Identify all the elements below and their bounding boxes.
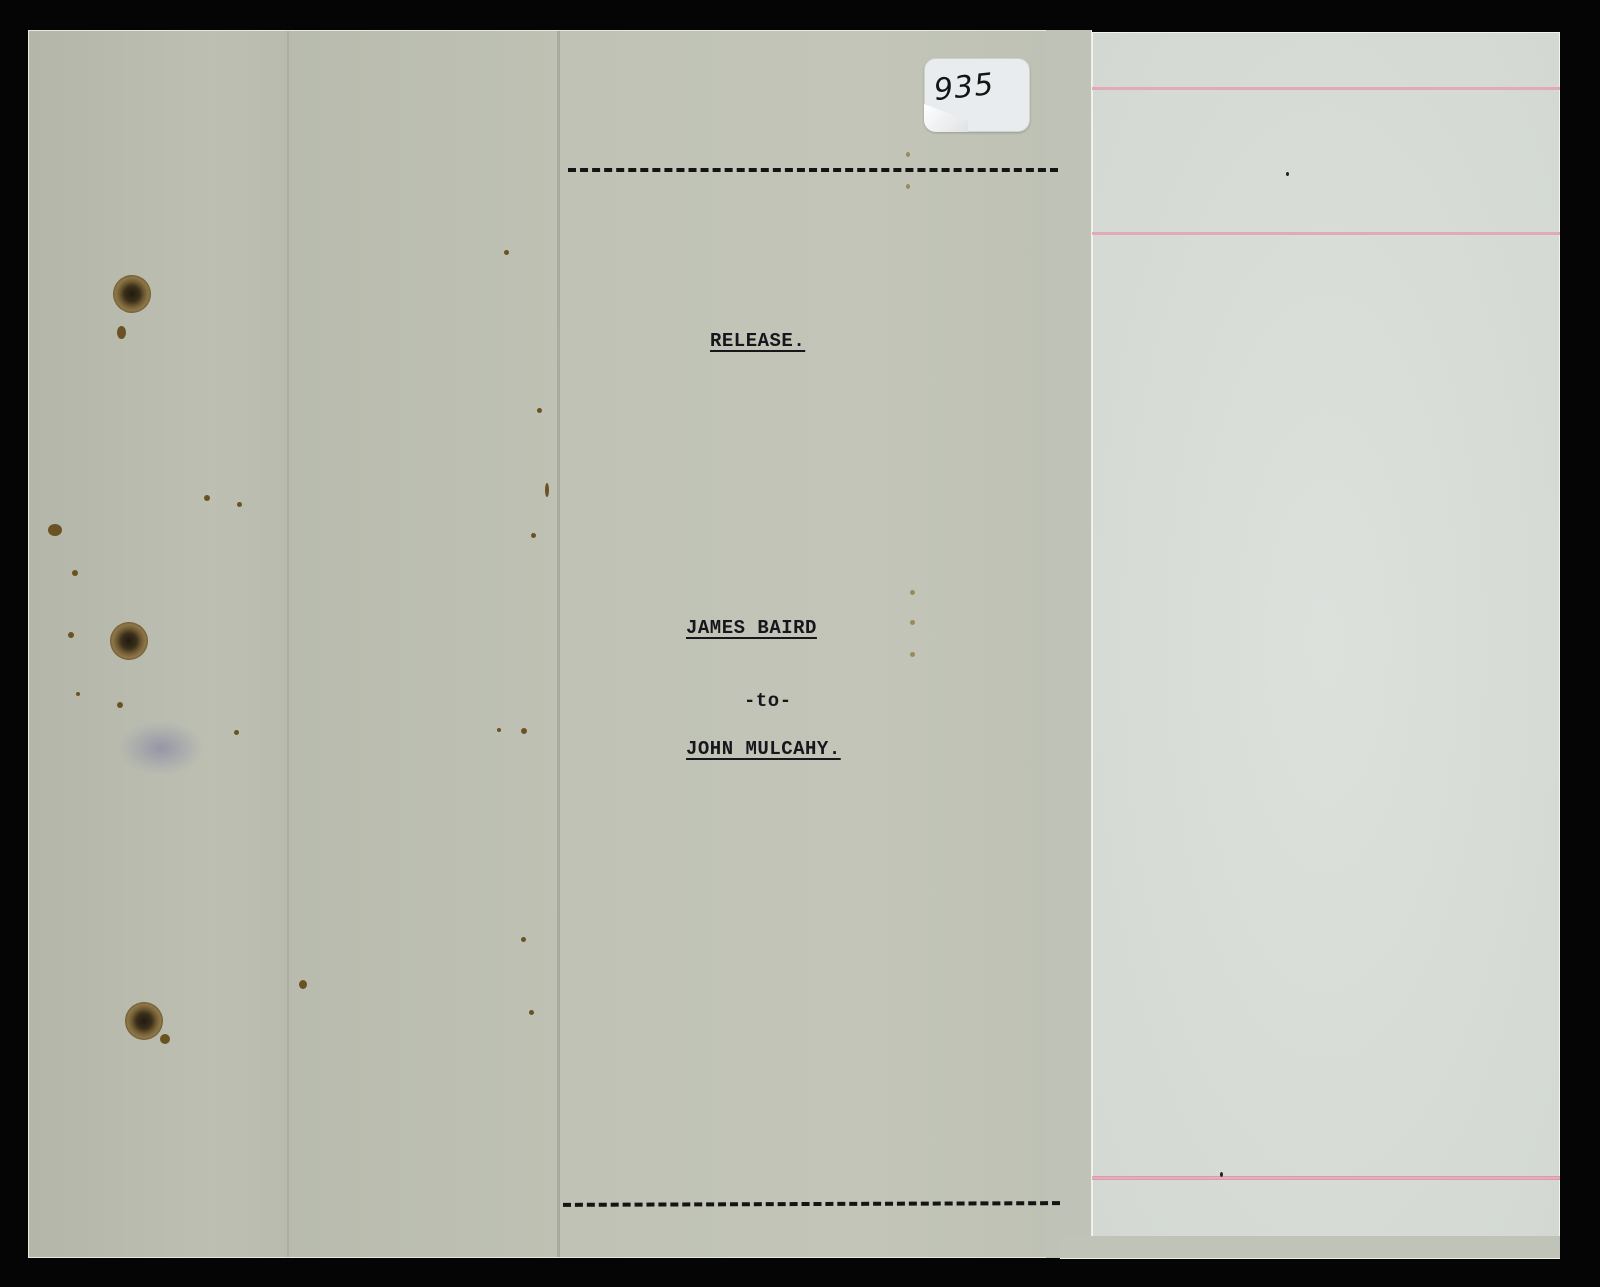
punch-hole-icon [110,622,148,660]
document-sheet [28,30,1060,1258]
rust-speck [160,1034,170,1044]
rust-speck [529,1010,534,1015]
rust-speck [521,728,527,734]
pink-margin-rule [1092,232,1560,235]
rust-speck [68,632,74,638]
ink-dot [1220,1172,1223,1177]
endorsement-panel [560,31,1059,1257]
rust-speck [497,728,501,732]
rust-speck [910,620,915,625]
punch-hole-icon [113,275,151,313]
rust-speck [204,495,210,501]
rust-speck [117,702,123,708]
dashed-rule-top [568,168,1058,172]
rust-speck [521,937,526,942]
rust-speck [906,152,910,157]
rust-speck [237,502,242,507]
reference-number: 935 [932,67,996,108]
ruled-page-bottom-edge [1060,1236,1560,1259]
ruled-page [1092,32,1560,1254]
ink-smudge [120,722,202,774]
rust-speck [299,980,307,989]
ink-dot [1286,172,1289,176]
rust-speck [910,652,915,657]
rust-speck [537,408,542,413]
rust-speck [234,730,239,735]
pink-margin-rule-double [1092,1176,1560,1180]
document-title: RELEASE. [710,330,805,352]
rust-speck [545,483,549,497]
rust-speck [76,692,80,696]
rust-speck [72,570,78,576]
rust-speck [504,250,509,255]
connector-to: -to- [744,690,792,712]
party-to: JOHN MULCAHY. [686,738,841,760]
punch-hole-icon [125,1002,163,1040]
left-filing-panel [29,31,559,1257]
rust-speck [531,533,536,538]
rust-speck [48,524,62,536]
fold-line [287,31,289,1257]
rust-speck [117,326,126,339]
party-from: JAMES BAIRD [686,617,817,639]
pink-margin-rule [1092,87,1560,90]
rust-speck [910,590,915,595]
rust-speck [906,184,910,189]
folded-flap [1046,30,1092,1258]
